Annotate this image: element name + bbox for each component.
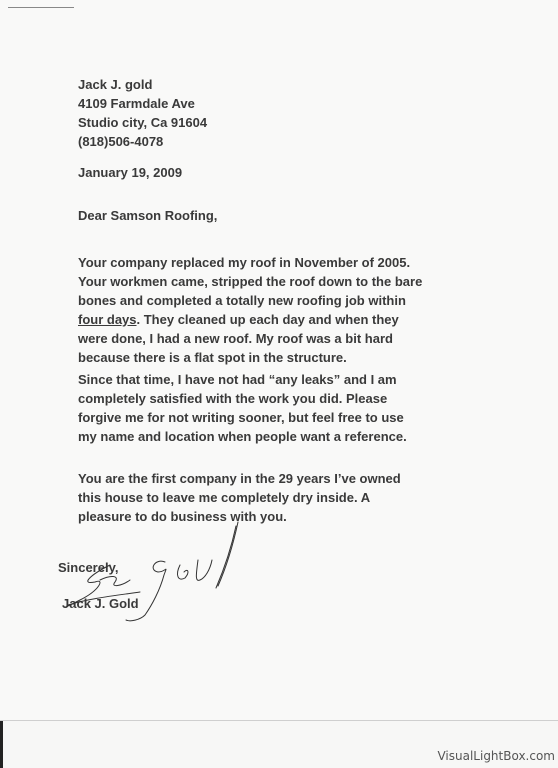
footer-bar: VisualLightBox.com: [0, 720, 558, 768]
scan-edge-line: [8, 7, 74, 8]
paragraph-2: Since that time, I have not had “any lea…: [78, 370, 407, 446]
sender-phone: (818)506-4078: [78, 132, 207, 151]
scan-edge: [0, 721, 3, 768]
p1-line-rest: . They cleaned up each day and when they: [137, 312, 399, 327]
p1-line: Your company replaced my roof in Novembe…: [78, 253, 422, 272]
p2-line: Since that time, I have not had “any lea…: [78, 370, 407, 389]
p2-line: forgive me for not writing sooner, but f…: [78, 408, 407, 427]
watermark: VisualLightBox.com: [437, 749, 555, 763]
p1-line: Your workmen came, stripped the roof dow…: [78, 272, 422, 291]
underlined-four-days: four days: [78, 312, 137, 327]
p1-line: because there is a flat spot in the stru…: [78, 348, 422, 367]
letter-date: January 19, 2009: [78, 163, 182, 182]
handwritten-signature-icon: [60, 520, 260, 630]
sender-name: Jack J. gold: [78, 75, 207, 94]
p2-line: completely satisfied with the work you d…: [78, 389, 407, 408]
p2-line: my name and location when people want a …: [78, 427, 407, 446]
p1-line: bones and completed a totally new roofin…: [78, 291, 422, 310]
paragraph-1: Your company replaced my roof in Novembe…: [78, 253, 422, 367]
p3-line: You are the first company in the 29 year…: [78, 469, 401, 488]
sender-city: Studio city, Ca 91604: [78, 113, 207, 132]
sender-address: Jack J. gold 4109 Farmdale Ave Studio ci…: [78, 75, 207, 151]
p3-line: this house to leave me completely dry in…: [78, 488, 401, 507]
p1-line: four days. They cleaned up each day and …: [78, 310, 422, 329]
sender-street: 4109 Farmdale Ave: [78, 94, 207, 113]
p1-line: were done, I had a new roof. My roof was…: [78, 329, 422, 348]
letter-page: Jack J. gold 4109 Farmdale Ave Studio ci…: [0, 0, 558, 720]
paragraph-3: You are the first company in the 29 year…: [78, 469, 401, 526]
greeting: Dear Samson Roofing,: [78, 206, 217, 225]
